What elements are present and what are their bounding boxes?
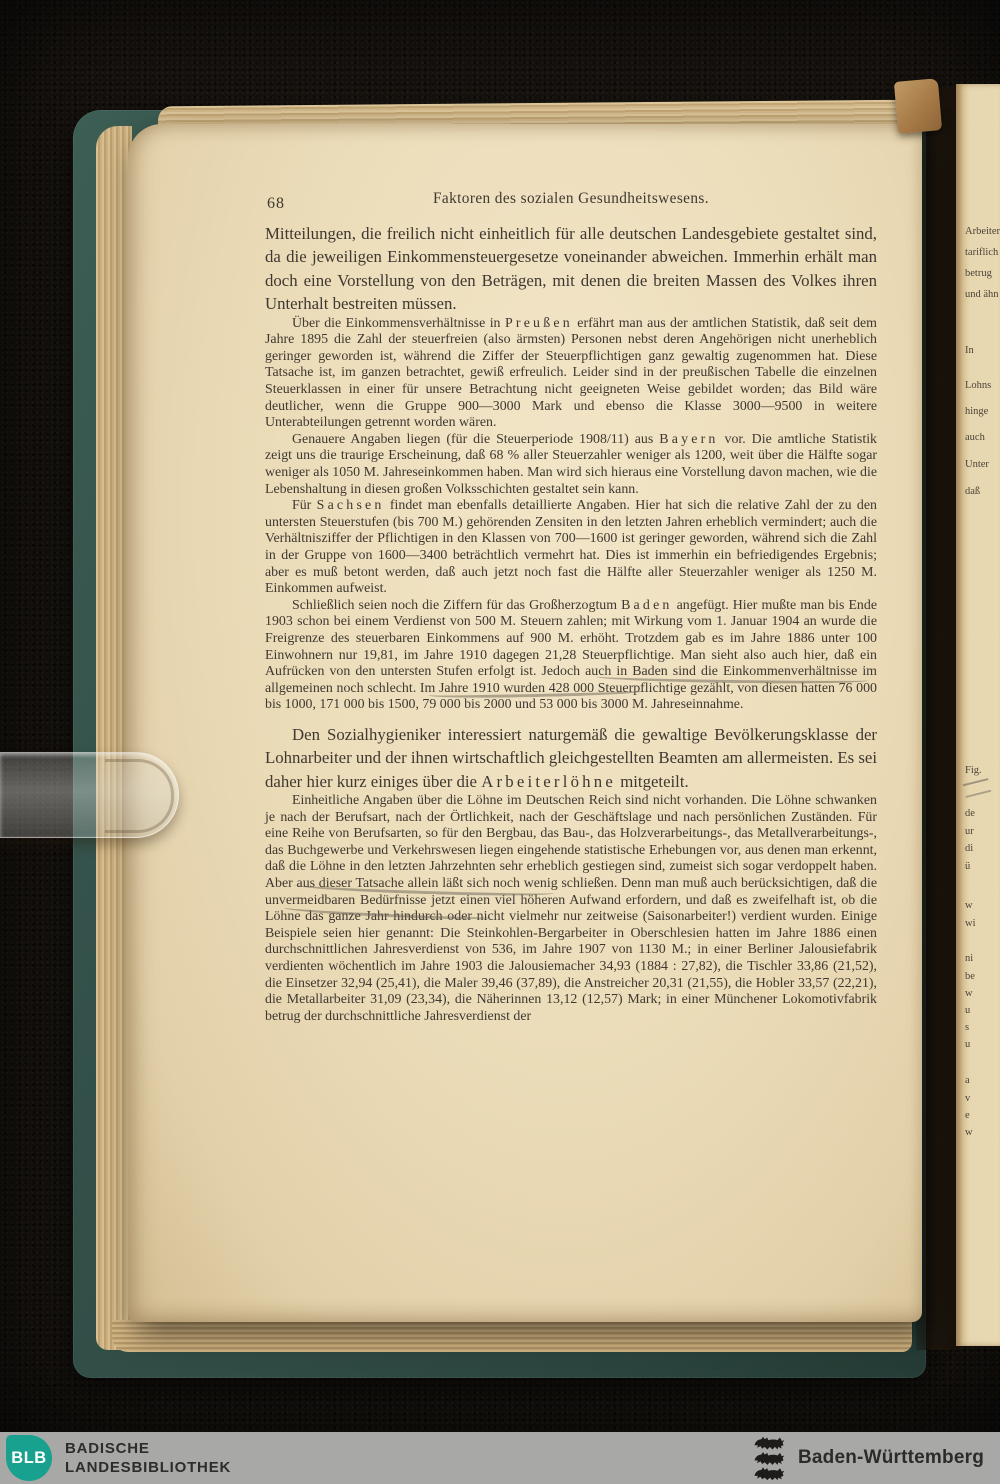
next-page-text-fragment: ü	[965, 861, 970, 872]
next-page-text-fragment: daß	[965, 486, 980, 497]
next-page-text-fragment: ur	[965, 826, 974, 837]
next-page-text-fragment: auch	[965, 432, 985, 443]
scan-viewer: 68 Faktoren des sozialen Gesundheitswese…	[0, 0, 1000, 1484]
body-text: Über die Einkommensverhältnisse in	[292, 316, 505, 331]
next-page-text-fragment: ni	[965, 953, 973, 964]
next-page-text-fragment: de	[965, 808, 975, 819]
body-text: mitgeteilt.	[616, 772, 689, 791]
next-page-text-fragment: Lohns	[965, 380, 991, 391]
next-page-text-fragment: di	[965, 843, 973, 854]
next-page-text-fragment: und ähn	[965, 289, 999, 300]
page-stack-left-edge	[96, 126, 132, 1350]
spaced-emphasis-text: Preußen	[505, 316, 573, 331]
running-title: Faktoren des sozialen Gesundheitswesens.	[265, 188, 877, 208]
body-text: erfährt man aus der amtlichen Statistik,…	[265, 316, 877, 431]
next-page-text-fragment: u	[965, 1005, 970, 1016]
body-text: Für	[292, 498, 317, 513]
state-name: Baden-Württemberg	[798, 1447, 984, 1469]
library-name: BADISCHE LANDESBIBLIOTHEK	[65, 1439, 231, 1478]
spaced-emphasis-text: Sachsen	[317, 498, 385, 513]
body-text: Genauere Angaben liegen (für die Steuerp…	[292, 432, 659, 447]
next-page-text-fragment: w	[965, 1127, 973, 1138]
next-page-text-fragment: a	[965, 1075, 970, 1086]
page-body: Mitteilungen, die freilich nicht einheit…	[265, 222, 877, 1025]
body-text: Schließlich seien noch die Ziffern für d…	[292, 598, 621, 613]
spaced-emphasis-text: Baden	[621, 598, 673, 613]
page-header: 68 Faktoren des sozialen Gesundheitswese…	[265, 188, 877, 222]
paragraph: Schließlich seien noch die Ziffern für d…	[265, 598, 877, 714]
next-page-text-fragment: u	[965, 1039, 970, 1050]
state-brand: Baden-Württemberg	[751, 1435, 984, 1481]
book-page: 68 Faktoren des sozialen Gesundheitswese…	[128, 124, 922, 1322]
library-name-line1: BADISCHE	[65, 1439, 231, 1459]
next-page-edge: Arbeitertariflichbetrugund ähnInLohnshin…	[956, 84, 1000, 1346]
next-page-text-fragment: Unter	[965, 459, 989, 470]
paragraph: Genauere Angaben liegen (für die Steuerp…	[265, 432, 877, 498]
next-page-text-fragment: wi	[965, 918, 976, 929]
next-page-text-fragment: hinge	[965, 406, 988, 417]
next-page-text-fragment: s	[965, 1022, 969, 1033]
blb-logo: BLB	[6, 1435, 52, 1481]
body-text: Mitteilungen, die freilich nicht einheit…	[265, 224, 877, 313]
paper-tab	[894, 78, 942, 134]
baden-wuerttemberg-coat-of-arms-icon	[751, 1435, 787, 1481]
library-name-line2: LANDESBIBLIOTHEK	[65, 1458, 231, 1478]
next-page-text-fragment: In	[965, 345, 974, 356]
page-number: 68	[267, 195, 285, 213]
page-stack-bottom-edge	[112, 1320, 912, 1352]
next-page-text-fragment: Arbeiter	[965, 226, 1000, 237]
spaced-emphasis-text: Bayern	[659, 432, 718, 447]
pencil-chevron-mark	[963, 778, 992, 798]
page-content: 68 Faktoren des sozialen Gesundheitswese…	[265, 188, 877, 1025]
next-page-text-fragment: w	[965, 988, 973, 999]
spaced-emphasis-text: Arbeiterlöhne	[481, 772, 616, 791]
library-footer-bar: BLB BADISCHE LANDESBIBLIOTHEK Baden-Würt…	[0, 1432, 1000, 1484]
paragraph: Den Sozialhygieniker interessiert naturg…	[265, 723, 877, 793]
book-photo-background: 68 Faktoren des sozialen Gesundheitswese…	[0, 0, 1000, 1432]
next-page-text-fragment: w	[965, 900, 973, 911]
next-page-text-fragment: tariflich	[965, 247, 998, 258]
next-page-text-fragment: betrug	[965, 268, 992, 279]
paragraph: Für Sachsen findet man ebenfalls detaill…	[265, 498, 877, 598]
next-page-text-fragment: Fig.	[965, 765, 982, 776]
next-page-text-fragment: be	[965, 971, 975, 982]
paragraph: Mitteilungen, die freilich nicht einheit…	[265, 222, 877, 316]
next-page-text-fragment: e	[965, 1110, 970, 1121]
next-page-text-fragment: v	[965, 1093, 970, 1104]
page-clamp	[0, 752, 179, 838]
paragraph: Über die Einkommensverhältnisse in Preuß…	[265, 316, 877, 432]
